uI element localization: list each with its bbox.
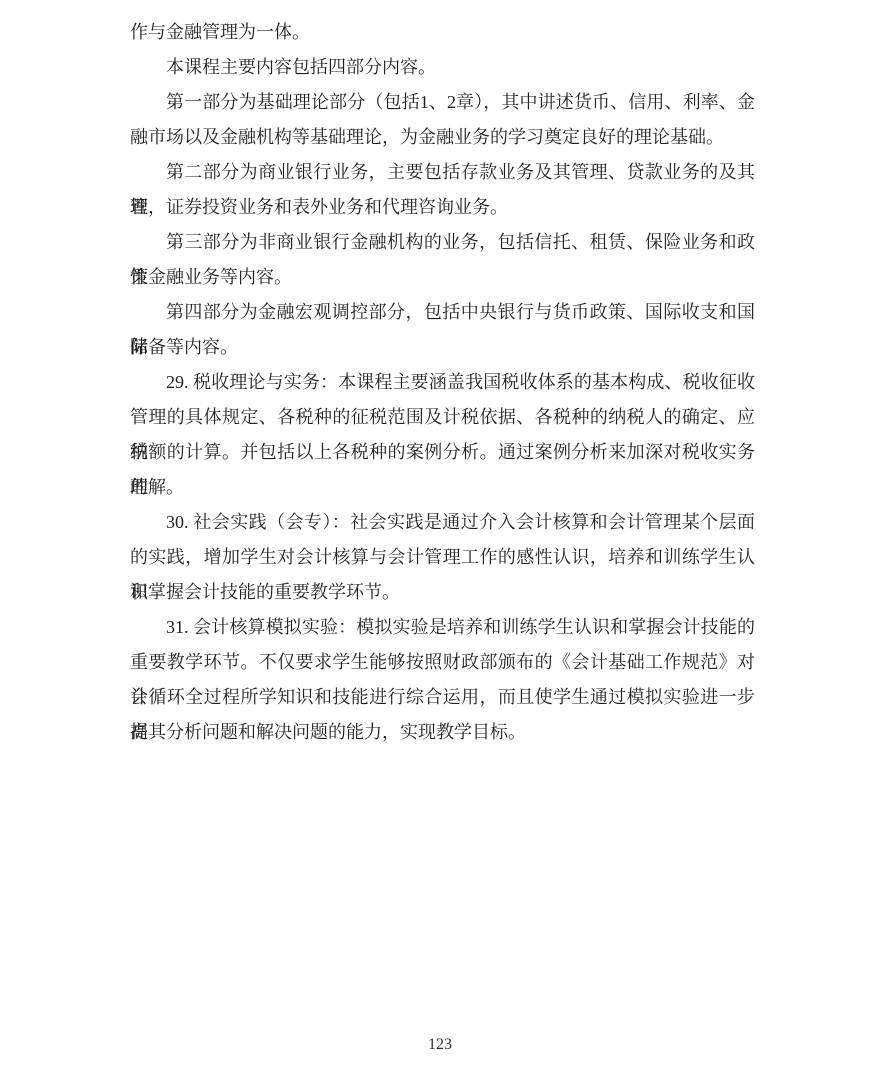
- text-line: 高其分析问题和解决问题的能力，实现教学目标。: [130, 715, 755, 750]
- text-line: 29. 税收理论与实务：本课程主要涵盖我国税收体系的基本构成、税收征收: [130, 365, 755, 400]
- paragraph: 第一部分为基础理论部分（包括1、2章），其中讲述货币、信用、利率、金融市场以及金…: [130, 85, 755, 155]
- paragraph: 第三部分为非商业银行金融机构的业务，包括信托、租赁、保险业务和政策性金融业务等内…: [130, 225, 755, 295]
- text-line: 作与金融管理为一体。: [130, 15, 755, 50]
- text-line: 本课程主要内容包括四部分内容。: [130, 50, 755, 85]
- text-line: 第二部分为商业银行业务，主要包括存款业务及其管理、贷款业务的及其管: [130, 155, 755, 190]
- text-line: 第四部分为金融宏观调控部分，包括中央银行与货币政策、国际收支和国际: [130, 295, 755, 330]
- text-line: 31. 会计核算模拟实验：模拟实验是培养和训练学生认识和掌握会计技能的: [130, 610, 755, 645]
- text-line: 性金融业务等内容。: [130, 260, 755, 295]
- paragraph: 本课程主要内容包括四部分内容。: [130, 50, 755, 85]
- text-line: 和掌握会计技能的重要教学环节。: [130, 575, 755, 610]
- text-line: 税额的计算。并包括以上各税种的案例分析。通过案例分析来加深对税收实务的: [130, 435, 755, 470]
- paragraph: 第二部分为商业银行业务，主要包括存款业务及其管理、贷款业务的及其管理，证券投资业…: [130, 155, 755, 225]
- paragraph: 29. 税收理论与实务：本课程主要涵盖我国税收体系的基本构成、税收征收管理的具体…: [130, 365, 755, 505]
- text-line: 储备等内容。: [130, 330, 755, 365]
- page-number: 123: [0, 1036, 880, 1054]
- paragraph: 第四部分为金融宏观调控部分，包括中央银行与货币政策、国际收支和国际储备等内容。: [130, 295, 755, 365]
- text-line: 第三部分为非商业银行金融机构的业务，包括信托、租赁、保险业务和政策: [130, 225, 755, 260]
- text-line: 理，证券投资业务和表外业务和代理咨询业务。: [130, 190, 755, 225]
- text-line: 计循环全过程所学知识和技能进行综合运用，而且使学生通过模拟实验进一步提: [130, 680, 755, 715]
- text-line: 管理的具体规定、各税种的征税范围及计税依据、各税种的纳税人的确定、应纳: [130, 400, 755, 435]
- text-line: 的实践，增加学生对会计核算与会计管理工作的感性认识，培养和训练学生认识: [130, 540, 755, 575]
- text-line: 融市场以及金融机构等基础理论，为金融业务的学习奠定良好的理论基础。: [130, 120, 755, 155]
- document-body: 作与金融管理为一体。本课程主要内容包括四部分内容。第一部分为基础理论部分（包括1…: [130, 15, 755, 750]
- text-line: 理解。: [130, 470, 755, 505]
- text-line: 重要教学环节。不仅要求学生能够按照财政部颁布的《会计基础工作规范》对会: [130, 645, 755, 680]
- paragraph: 作与金融管理为一体。: [130, 15, 755, 50]
- paragraph: 30. 社会实践（会专）：社会实践是通过介入会计核算和会计管理某个层面的实践，增…: [130, 505, 755, 610]
- text-line: 30. 社会实践（会专）：社会实践是通过介入会计核算和会计管理某个层面: [130, 505, 755, 540]
- text-line: 第一部分为基础理论部分（包括1、2章），其中讲述货币、信用、利率、金: [130, 85, 755, 120]
- paragraph: 31. 会计核算模拟实验：模拟实验是培养和训练学生认识和掌握会计技能的重要教学环…: [130, 610, 755, 750]
